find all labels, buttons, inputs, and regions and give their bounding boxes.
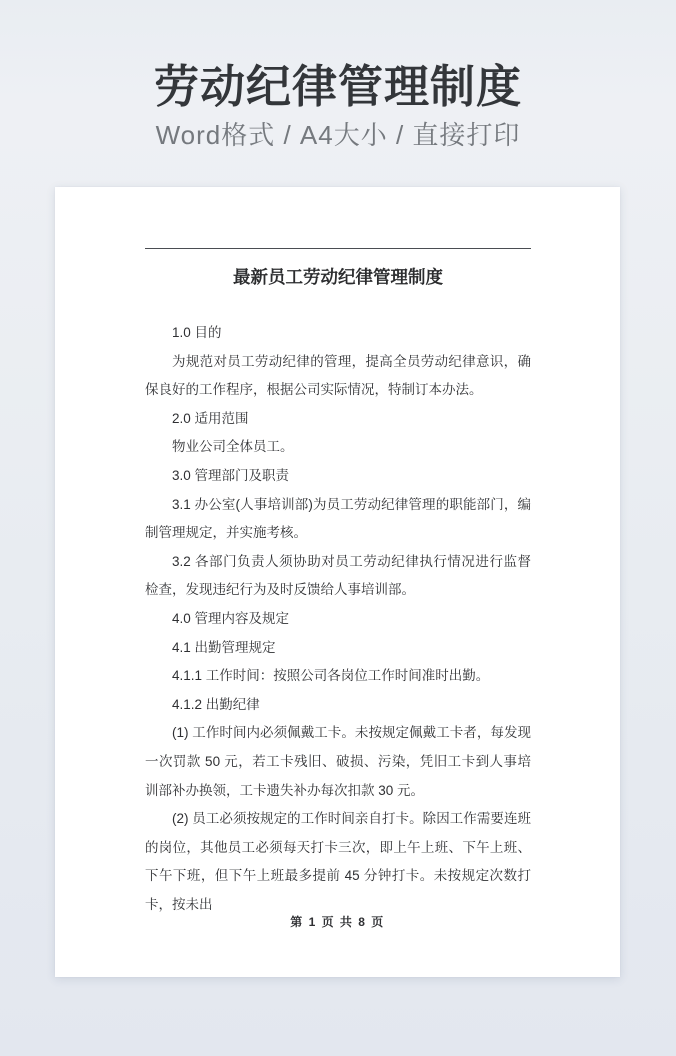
doc-paragraph: 1.0 目的 (145, 319, 531, 348)
doc-paragraph: 4.1.2 出勤纪律 (145, 691, 531, 720)
page-number-footer: 第 1 页 共 8 页 (55, 913, 620, 930)
page-subtitle: Word格式 / A4大小 / 直接打印 (0, 119, 676, 151)
doc-paragraph: 4.0 管理内容及规定 (145, 605, 531, 634)
document-header-rule (145, 248, 531, 249)
doc-paragraph: 3.2 各部门负责人须协助对员工劳动纪律执行情况进行监督检查，发现违纪行为及时反… (145, 548, 531, 605)
document-page-preview: 最新员工劳动纪律管理制度 1.0 目的为规范对员工劳动纪律的管理，提高全员劳动纪… (55, 187, 620, 977)
doc-paragraph: 4.1.1 工作时间：按照公司各岗位工作时间准时出勤。 (145, 662, 531, 691)
page-title: 劳动纪律管理制度 (0, 62, 676, 112)
document-title: 最新员工劳动纪律管理制度 (145, 264, 531, 290)
doc-paragraph: 3.0 管理部门及职责 (145, 462, 531, 491)
document-body: 1.0 目的为规范对员工劳动纪律的管理，提高全员劳动纪律意识，确保良好的工作程序… (145, 319, 531, 919)
doc-paragraph: (1) 工作时间内必须佩戴工卡。未按规定佩戴工卡者，每发现一次罚款 50 元，若… (145, 719, 531, 805)
doc-paragraph: 3.1 办公室(人事培训部)为员工劳动纪律管理的职能部门，编制管理规定，并实施考… (145, 491, 531, 548)
doc-paragraph: 4.1 出勤管理规定 (145, 634, 531, 663)
doc-paragraph: 物业公司全体员工。 (145, 433, 531, 462)
doc-paragraph: (2) 员工必须按规定的工作时间亲自打卡。除因工作需要连班的岗位，其他员工必须每… (145, 805, 531, 919)
doc-paragraph: 2.0 适用范围 (145, 405, 531, 434)
hero-header: 劳动纪律管理制度 Word格式 / A4大小 / 直接打印 (0, 0, 676, 151)
doc-paragraph: 为规范对员工劳动纪律的管理，提高全员劳动纪律意识，确保良好的工作程序，根据公司实… (145, 348, 531, 405)
